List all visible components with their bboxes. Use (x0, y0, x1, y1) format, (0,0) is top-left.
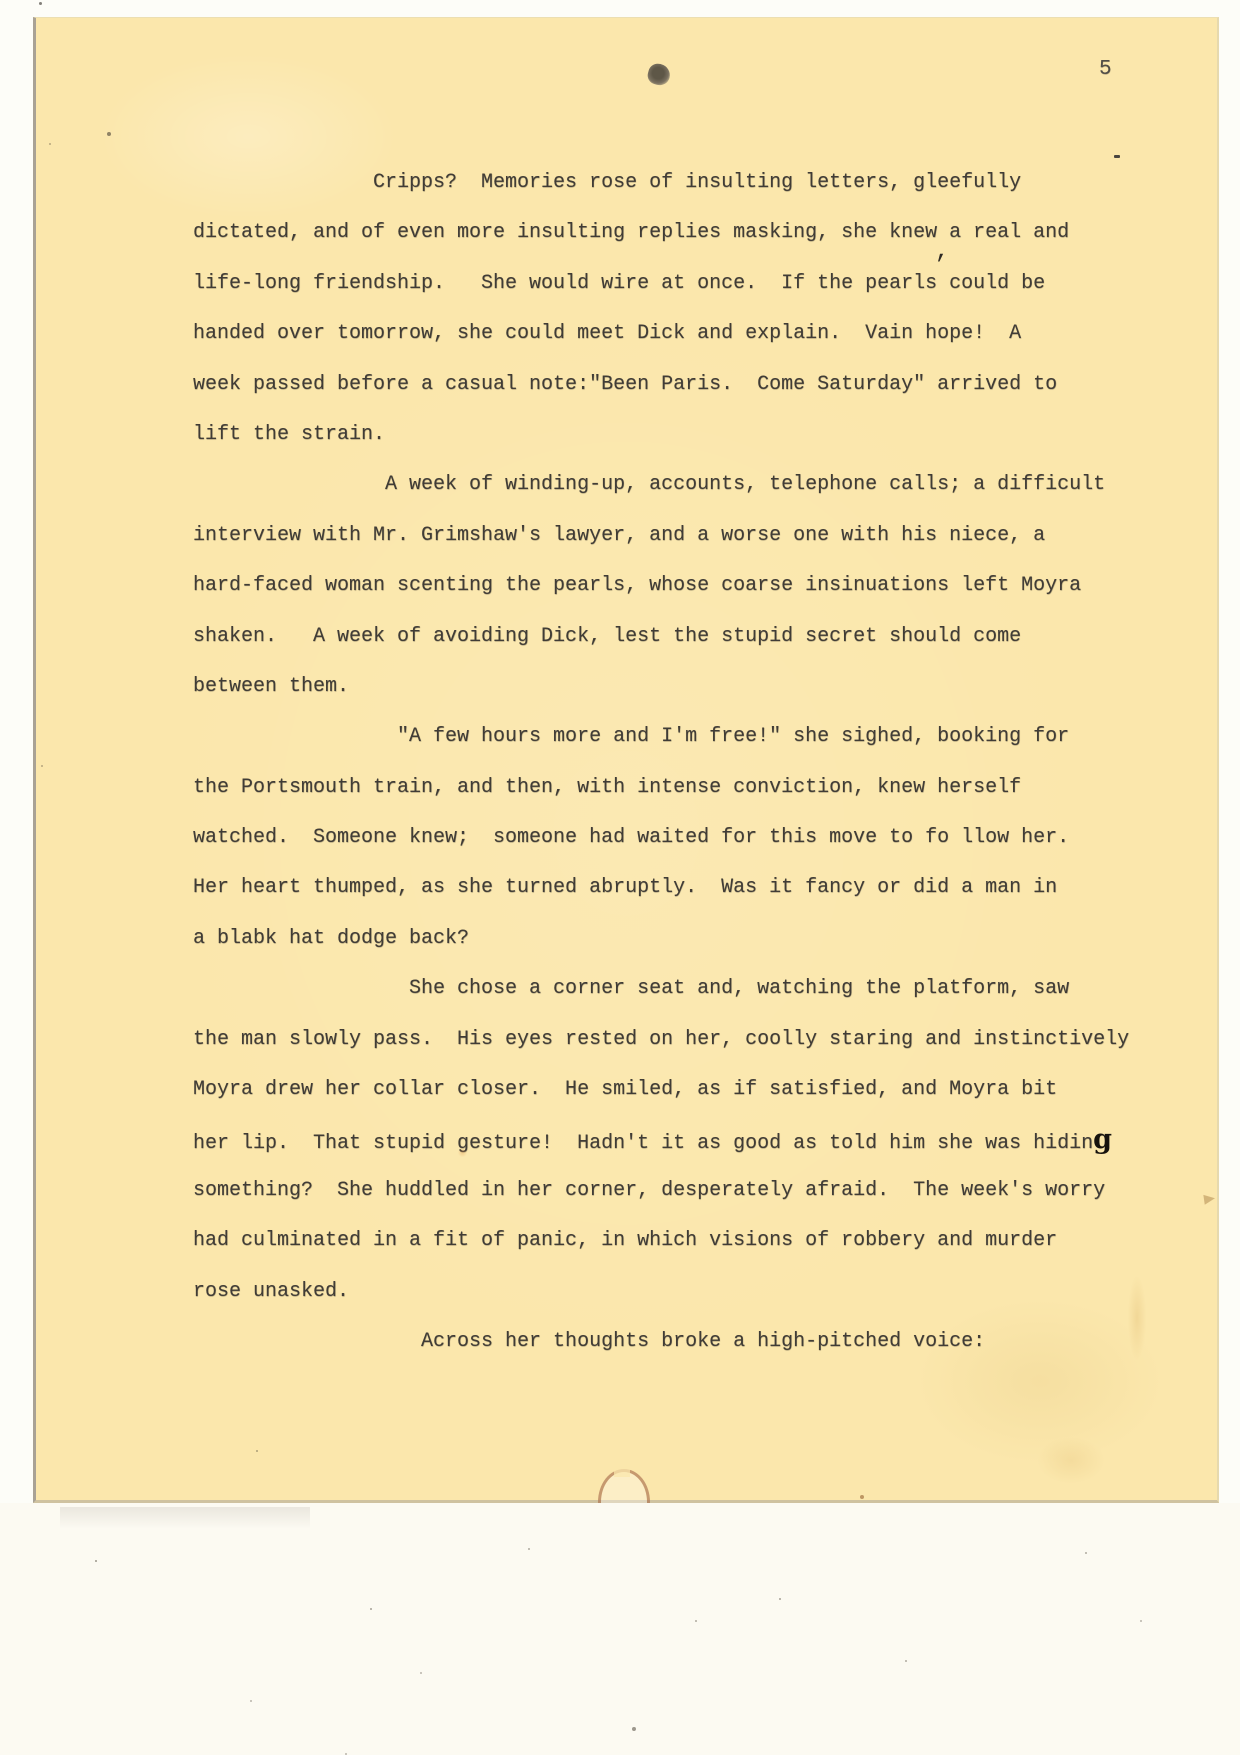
text-line: interview with Mr. Grimshaw's lawyer, an… (193, 511, 1193, 561)
text-line: "A few hours more and I'm free!" she sig… (193, 712, 1193, 762)
text-line: handed over tomorrow, she could meet Dic… (193, 309, 1193, 359)
margin-dash-mark (1114, 155, 1120, 158)
paper-stain (1031, 1433, 1111, 1488)
paper-stain (1126, 1268, 1148, 1368)
text-line: Cripps? Memories rose of insulting lette… (193, 158, 1193, 208)
dust-specks (36, 18, 38, 20)
text-line: the Portsmouth train, and then, with int… (193, 763, 1193, 813)
text-line: Moyra drew her collar closer. He smiled,… (193, 1065, 1193, 1115)
typewritten-page: 5 Cripps? Memories rose of insulting let… (33, 17, 1219, 1503)
ink-blot (646, 62, 673, 88)
typed-text-block: Cripps? Memories rose of insulting lette… (193, 158, 1193, 1367)
text-line: her lip. That stupid gesture! Hadn't it … (193, 1115, 1193, 1165)
text-line: A week of winding-up, accounts, telephon… (193, 460, 1193, 510)
text-line: had culminated in a fit of panic, in whi… (193, 1216, 1193, 1266)
margin-pencil-arrow (1203, 1193, 1215, 1204)
text-line: rose unasked. (193, 1267, 1193, 1317)
text-line: a blabk hat dodge back? (193, 914, 1193, 964)
text-line: the man slowly pass. His eyes rested on … (193, 1015, 1193, 1065)
scan-background-strip (0, 1503, 1240, 1755)
handwritten-letter: g (1093, 1124, 1112, 1155)
text-line: between them. (193, 662, 1193, 712)
text-line: week passed before a casual note:"Been P… (193, 360, 1193, 410)
text-line: shaken. A week of avoiding Dick, lest th… (193, 612, 1193, 662)
rust-ring-gap (614, 1469, 630, 1477)
text-line: Her heart thumped, as she turned abruptl… (193, 863, 1193, 913)
inserted-comma-mark: , (935, 238, 949, 265)
dust-specks (0, 1503, 2, 1505)
edge-shadow (60, 1507, 310, 1529)
text-line: something? She huddled in her corner, de… (193, 1166, 1193, 1216)
text-line: Across her thoughts broke a high-pitched… (193, 1317, 1193, 1367)
dust-speck (39, 2, 42, 5)
page-number: 5 (1099, 58, 1112, 81)
text-line: She chose a corner seat and, watching th… (193, 964, 1193, 1014)
text-line: watched. Someone knew; someone had waite… (193, 813, 1193, 863)
text-line: life-long friendship. She would wire at … (193, 259, 1193, 309)
text-line: hard-faced woman scenting the pearls, wh… (193, 561, 1193, 611)
paper-stain (458, 1148, 467, 1157)
text-line: dictated, and of even more insulting rep… (193, 208, 1193, 258)
text-line: lift the strain. (193, 410, 1193, 460)
